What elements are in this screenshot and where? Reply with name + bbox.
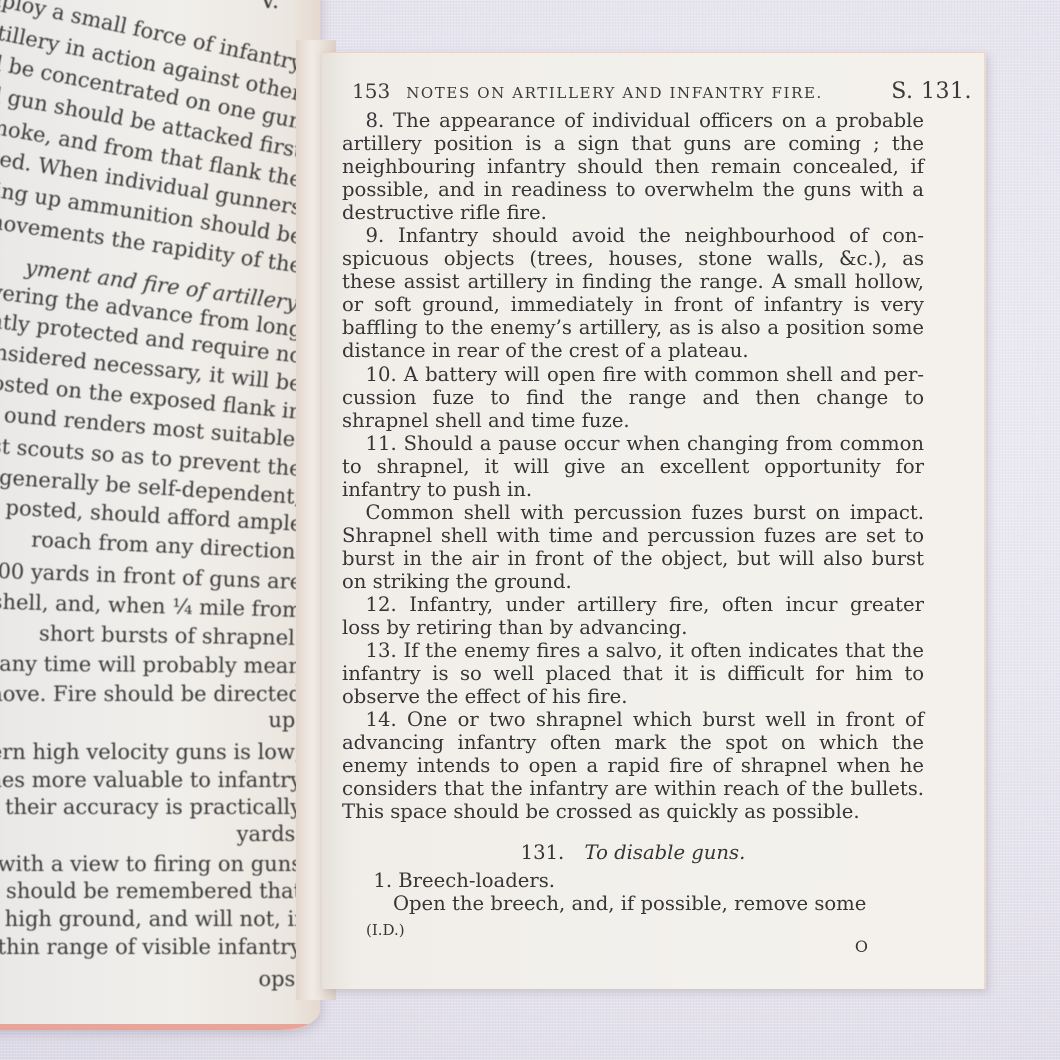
- paragraph-line: to shrapnel, it will give an excellent o…: [342, 455, 924, 478]
- left-page-line: short bursts of shrapnel.: [39, 619, 302, 652]
- left-page-line: t should be remembered that: [0, 877, 302, 906]
- numbered-paragraph: Common shell with percussion fuzes burst…: [342, 501, 924, 593]
- numbered-paragraph: 8. The appearance of individual officers…: [342, 109, 924, 224]
- page-body: 8. The appearance of individual officers…: [342, 109, 924, 915]
- paragraph-line: possible, and in readiness to overwhelm …: [342, 178, 924, 201]
- running-head: 153 NOTES ON ARTILLERY AND INFANTRY FIRE…: [352, 79, 972, 104]
- section-reference: S. 131.: [891, 79, 972, 104]
- right-page: 153 NOTES ON ARTILLERY AND INFANTRY FIRE…: [322, 52, 986, 989]
- paragraph-line: loss by retiring than by advancing.: [342, 616, 687, 639]
- paragraph-line: 12. Infantry, under artillery fire, ofte…: [366, 593, 924, 616]
- running-head-title: NOTES ON ARTILLERY AND INFANTRY FIRE.: [406, 84, 891, 102]
- paragraph-line: 10. A battery will open fire with common…: [366, 363, 924, 386]
- paragraph-line: on striking the ground.: [342, 570, 572, 593]
- section-heading: 131. To disable guns.: [342, 841, 924, 864]
- paragraph-line: burst in the air in front of the object,…: [342, 547, 924, 570]
- paragraph-line: artillery position is a sign that guns a…: [342, 132, 924, 155]
- left-page: V. 152 y to employ a small force of infa…: [0, 0, 320, 1030]
- paragraph-line: 14. One or two shrapnel which burst well…: [366, 708, 924, 731]
- paragraph-line: observe the effect of his fire.: [342, 685, 627, 708]
- left-page-line: t any time will probably mean: [0, 650, 302, 681]
- numbered-paragraph: 13. If the enemy fires a salvo, it often…: [342, 639, 924, 708]
- paragraph-line: neighbouring infantry should then remain…: [342, 155, 924, 178]
- numbered-paragraph: 14. One or two shrapnel which burst well…: [342, 708, 924, 823]
- paragraph-line: infantry is so well placed that it is di…: [342, 662, 924, 685]
- paragraph-line: soft ground, immediately in front of inf…: [374, 293, 924, 316]
- sub-item-breech-loaders: 1. Breech-loaders.: [342, 869, 924, 892]
- paragraph-line: distance in rear of the crest of a plate…: [342, 339, 749, 362]
- paragraph-line: 9. Infantry should avoid the neighbourho…: [366, 224, 924, 247]
- numbered-paragraphs: 8. The appearance of individual officers…: [342, 109, 924, 823]
- page-footer: (I.D.) O: [366, 921, 906, 971]
- numbered-paragraph: 10. A battery will open fire with common…: [342, 363, 924, 432]
- paragraph-line: baffling to the enemy’s artillery, as is…: [342, 316, 924, 339]
- left-page-line: nes more valuable to infantry: [0, 766, 302, 795]
- left-page-line: for their accuracy is practically: [0, 793, 302, 822]
- printer-signature: (I.D.): [366, 921, 405, 939]
- left-page-line: high ground, and will not, if: [5, 905, 302, 934]
- paragraph-line: considers that the infantry are within r…: [342, 777, 924, 800]
- numbered-paragraph: 12. Infantry, under artillery fire, ofte…: [342, 593, 924, 639]
- numbered-paragraph: 11. Should a pause occur when changing f…: [342, 432, 924, 501]
- paragraph-line: Common shell with percussion fuzes burst…: [366, 501, 924, 524]
- signature-mark: O: [855, 937, 868, 956]
- paragraph-line: 11. Should a pause occur when changing f…: [366, 432, 924, 455]
- numbered-paragraph: 9. Infantry should avoid the neighbourho…: [342, 224, 924, 362]
- paragraph-line: shell and time fuze.: [435, 409, 630, 432]
- section-title: To disable guns.: [585, 841, 746, 864]
- left-page-line: ithin range of visible infantry: [0, 933, 302, 962]
- left-page-line: y with a view to firing on guns: [0, 850, 302, 879]
- paragraph-line: 8. The appearance of individual officers…: [366, 109, 924, 132]
- section-number: 131.: [521, 841, 565, 864]
- left-page-line: yards.: [237, 820, 302, 849]
- left-page-line: dern high velocity guns is low;: [0, 738, 302, 767]
- left-header-fragment: V.: [260, 0, 279, 17]
- page-number: 153: [352, 79, 390, 103]
- left-page-line: move. Fire should be directed: [0, 680, 302, 709]
- paragraph-line: Shrapnel shell with time and percussion …: [342, 524, 924, 547]
- paragraph-line: advancing infantry often mark the spot o…: [342, 731, 924, 754]
- paragraph-line: enemy intends to open a rapid fire of sh…: [342, 754, 924, 777]
- paragraph-line: destructive rifle fire.: [342, 201, 547, 224]
- paragraph-line: cussion fuze to find the range and then …: [342, 386, 924, 432]
- paragraph-line: 13. If the enemy fires a salvo, it often…: [366, 639, 924, 662]
- paragraph-line: This space should be crossed as quickly …: [342, 800, 860, 823]
- sub-paragraph: Open the breech, and, if possible, remov…: [342, 892, 924, 915]
- paragraph-line: infantry to push in.: [342, 478, 532, 501]
